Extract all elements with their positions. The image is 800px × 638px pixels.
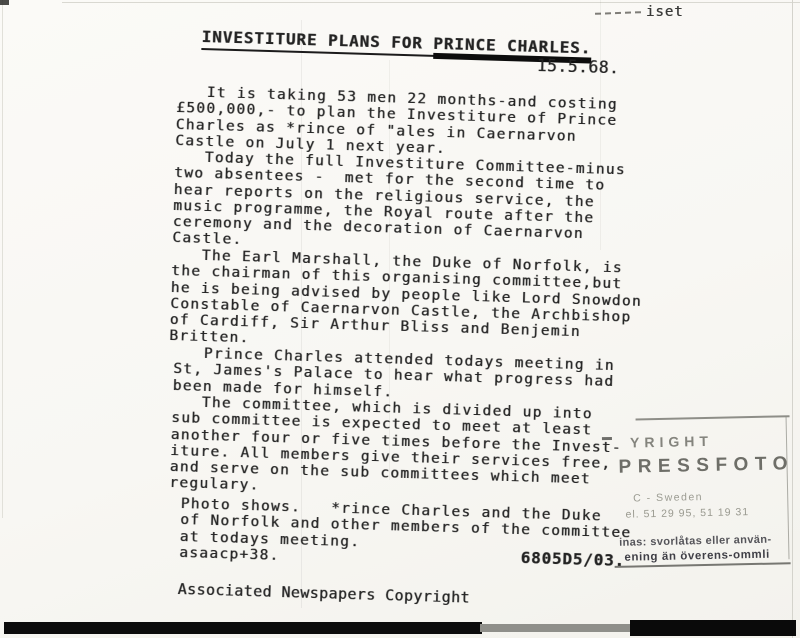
bottom-border-bar-middle	[480, 624, 632, 632]
paper-top-edge-line	[62, 2, 800, 3]
scan-corner-mark	[0, 0, 9, 5]
stamp-phone-line: el. 51 29 95, 51 19 31	[625, 506, 749, 521]
paragraph-3: The Earl Marshall, the Duke of Norfolk, …	[169, 247, 643, 359]
headline: INVESTITURE PLANS FOR PRINCE CHARLES.	[201, 27, 591, 58]
copyright-line: Associated Newspapers Copyright	[177, 580, 470, 607]
pressfoto-stamp: YRIGHT PRESSFOTO C - Sweden el. 51 29 95…	[615, 407, 794, 568]
bottom-border-bar-right	[630, 620, 796, 636]
bottom-border-bar-left	[4, 622, 482, 634]
stamp-location-line: C - Sweden	[633, 491, 703, 504]
headline-text: INVESTITURE PLANS FOR	[201, 27, 433, 57]
stamp-notice-line-2: ening än överens-ommli	[624, 549, 770, 564]
stamp-copyright-fragment: YRIGHT	[630, 433, 713, 451]
corner-text-fragment: iset	[646, 4, 684, 20]
stamp-notice-line-1: inas: svorlåtas eller använ-	[619, 534, 772, 549]
paragraph-2: Today the full Investiture Committee-min…	[172, 149, 626, 260]
reference-number: 6805D5/03.	[520, 548, 625, 570]
stamp-top-border	[636, 415, 790, 420]
handwritten-dash-mark	[595, 11, 641, 15]
paper-left-edge-line	[2, 0, 3, 518]
stamp-brand-name: PRESSFOTO	[618, 453, 794, 479]
stamp-right-border	[786, 416, 790, 559]
date-line: 15.5.68.	[536, 56, 619, 77]
stamp-margin-mark	[602, 437, 612, 440]
scanned-press-document: iset INVESTITURE PLANS FOR PRINCE CHARLE…	[0, 0, 800, 638]
paragraph-5: The committee, which is divided up into …	[169, 394, 623, 505]
